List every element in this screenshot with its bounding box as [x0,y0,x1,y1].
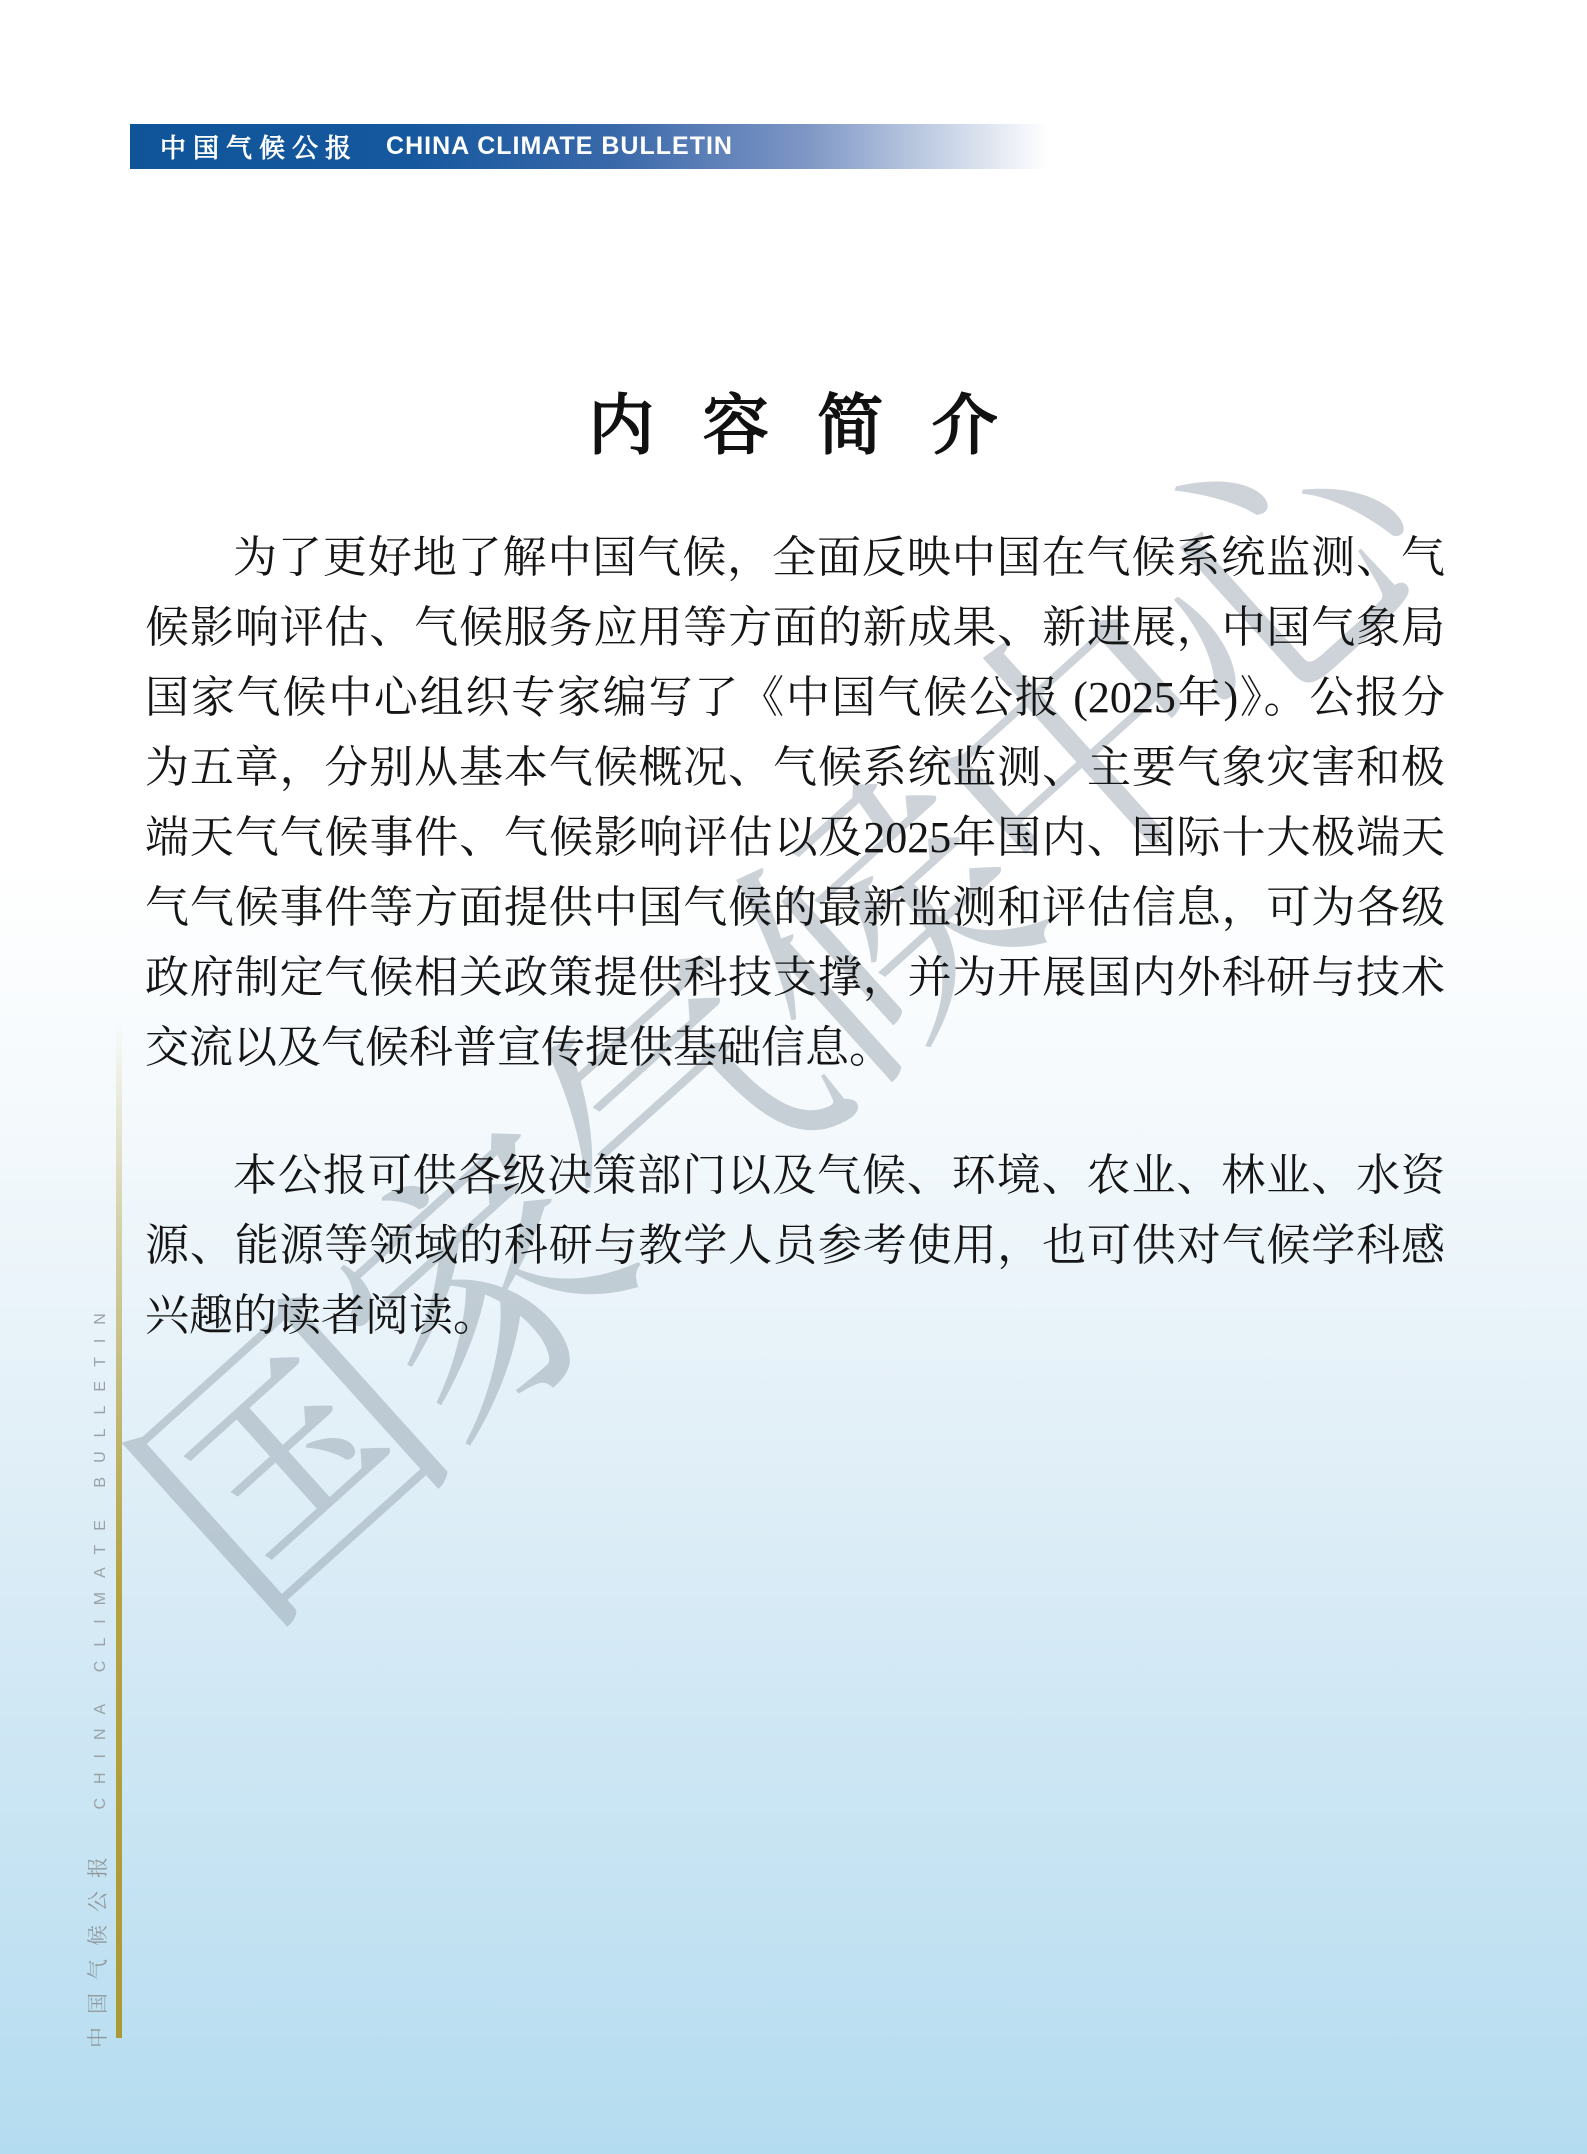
header-title-chinese: 中国气候公报 [160,128,358,165]
sidebar-title-chinese: 中国气候公报 [87,1844,110,2048]
sidebar-vertical-text: 中国气候公报 CHINA CLIMATE BULLETIN [82,1299,112,2048]
body-text-line: 为五章，分别从基本气候概况、气候系统监测、主要气象灾害和极 [145,733,1445,803]
body-text-line: 为了更好地了解中国气候，全面反映中国在气候系统监测、气 [145,523,1445,593]
body-text-line: 政府制定气候相关政策提供科技支撑，并为开展国内外科研与技术 [145,943,1445,1013]
gold-accent-line [116,1020,122,2038]
page-header-bar: 中国气候公报 CHINA CLIMATE BULLETIN [130,124,1067,169]
paragraph: 本公报可供各级决策部门以及气候、环境、农业、林业、水资源、能源等领域的科研与教学… [145,1141,1445,1351]
body-text-line: 本公报可供各级决策部门以及气候、环境、农业、林业、水资 [145,1141,1445,1211]
header-title-english: CHINA CLIMATE BULLETIN [386,132,733,161]
body-text-line: 端天气气候事件、气候影响评估以及2025年国内、国际十大极端天 [145,803,1445,873]
paragraph: 为了更好地了解中国气候，全面反映中国在气候系统监测、气候影响评估、气候服务应用等… [145,523,1445,1083]
body-paragraphs: 为了更好地了解中国气候，全面反映中国在气候系统监测、气候影响评估、气候服务应用等… [145,523,1445,1351]
body-text-line: 交流以及气候科普宣传提供基础信息。 [145,1013,1445,1083]
body-text-line: 气气候事件等方面提供中国气候的最新监测和评估信息，可为各级 [145,873,1445,943]
body-text-line: 源、能源等领域的科研与教学人员参考使用，也可供对气候学科感 [145,1211,1445,1281]
sidebar-title-english: CHINA CLIMATE BULLETIN [92,1299,109,1809]
section-title: 内 容 简 介 [145,372,1445,467]
body-text-line: 国家气候中心组织专家编写了《中国气候公报 (2025年)》。公报分 [145,663,1445,733]
body-text-line: 兴趣的读者阅读。 [145,1281,1445,1351]
content-column: 内 容 简 介 为了更好地了解中国气候，全面反映中国在气候系统监测、气候影响评估… [145,372,1445,1351]
document-page: 国家气候中心 中国气候公报 CHINA CLIMATE BULLETIN 内 容… [0,0,1587,2154]
body-text-line: 候影响评估、气候服务应用等方面的新成果、新进展，中国气象局 [145,593,1445,663]
